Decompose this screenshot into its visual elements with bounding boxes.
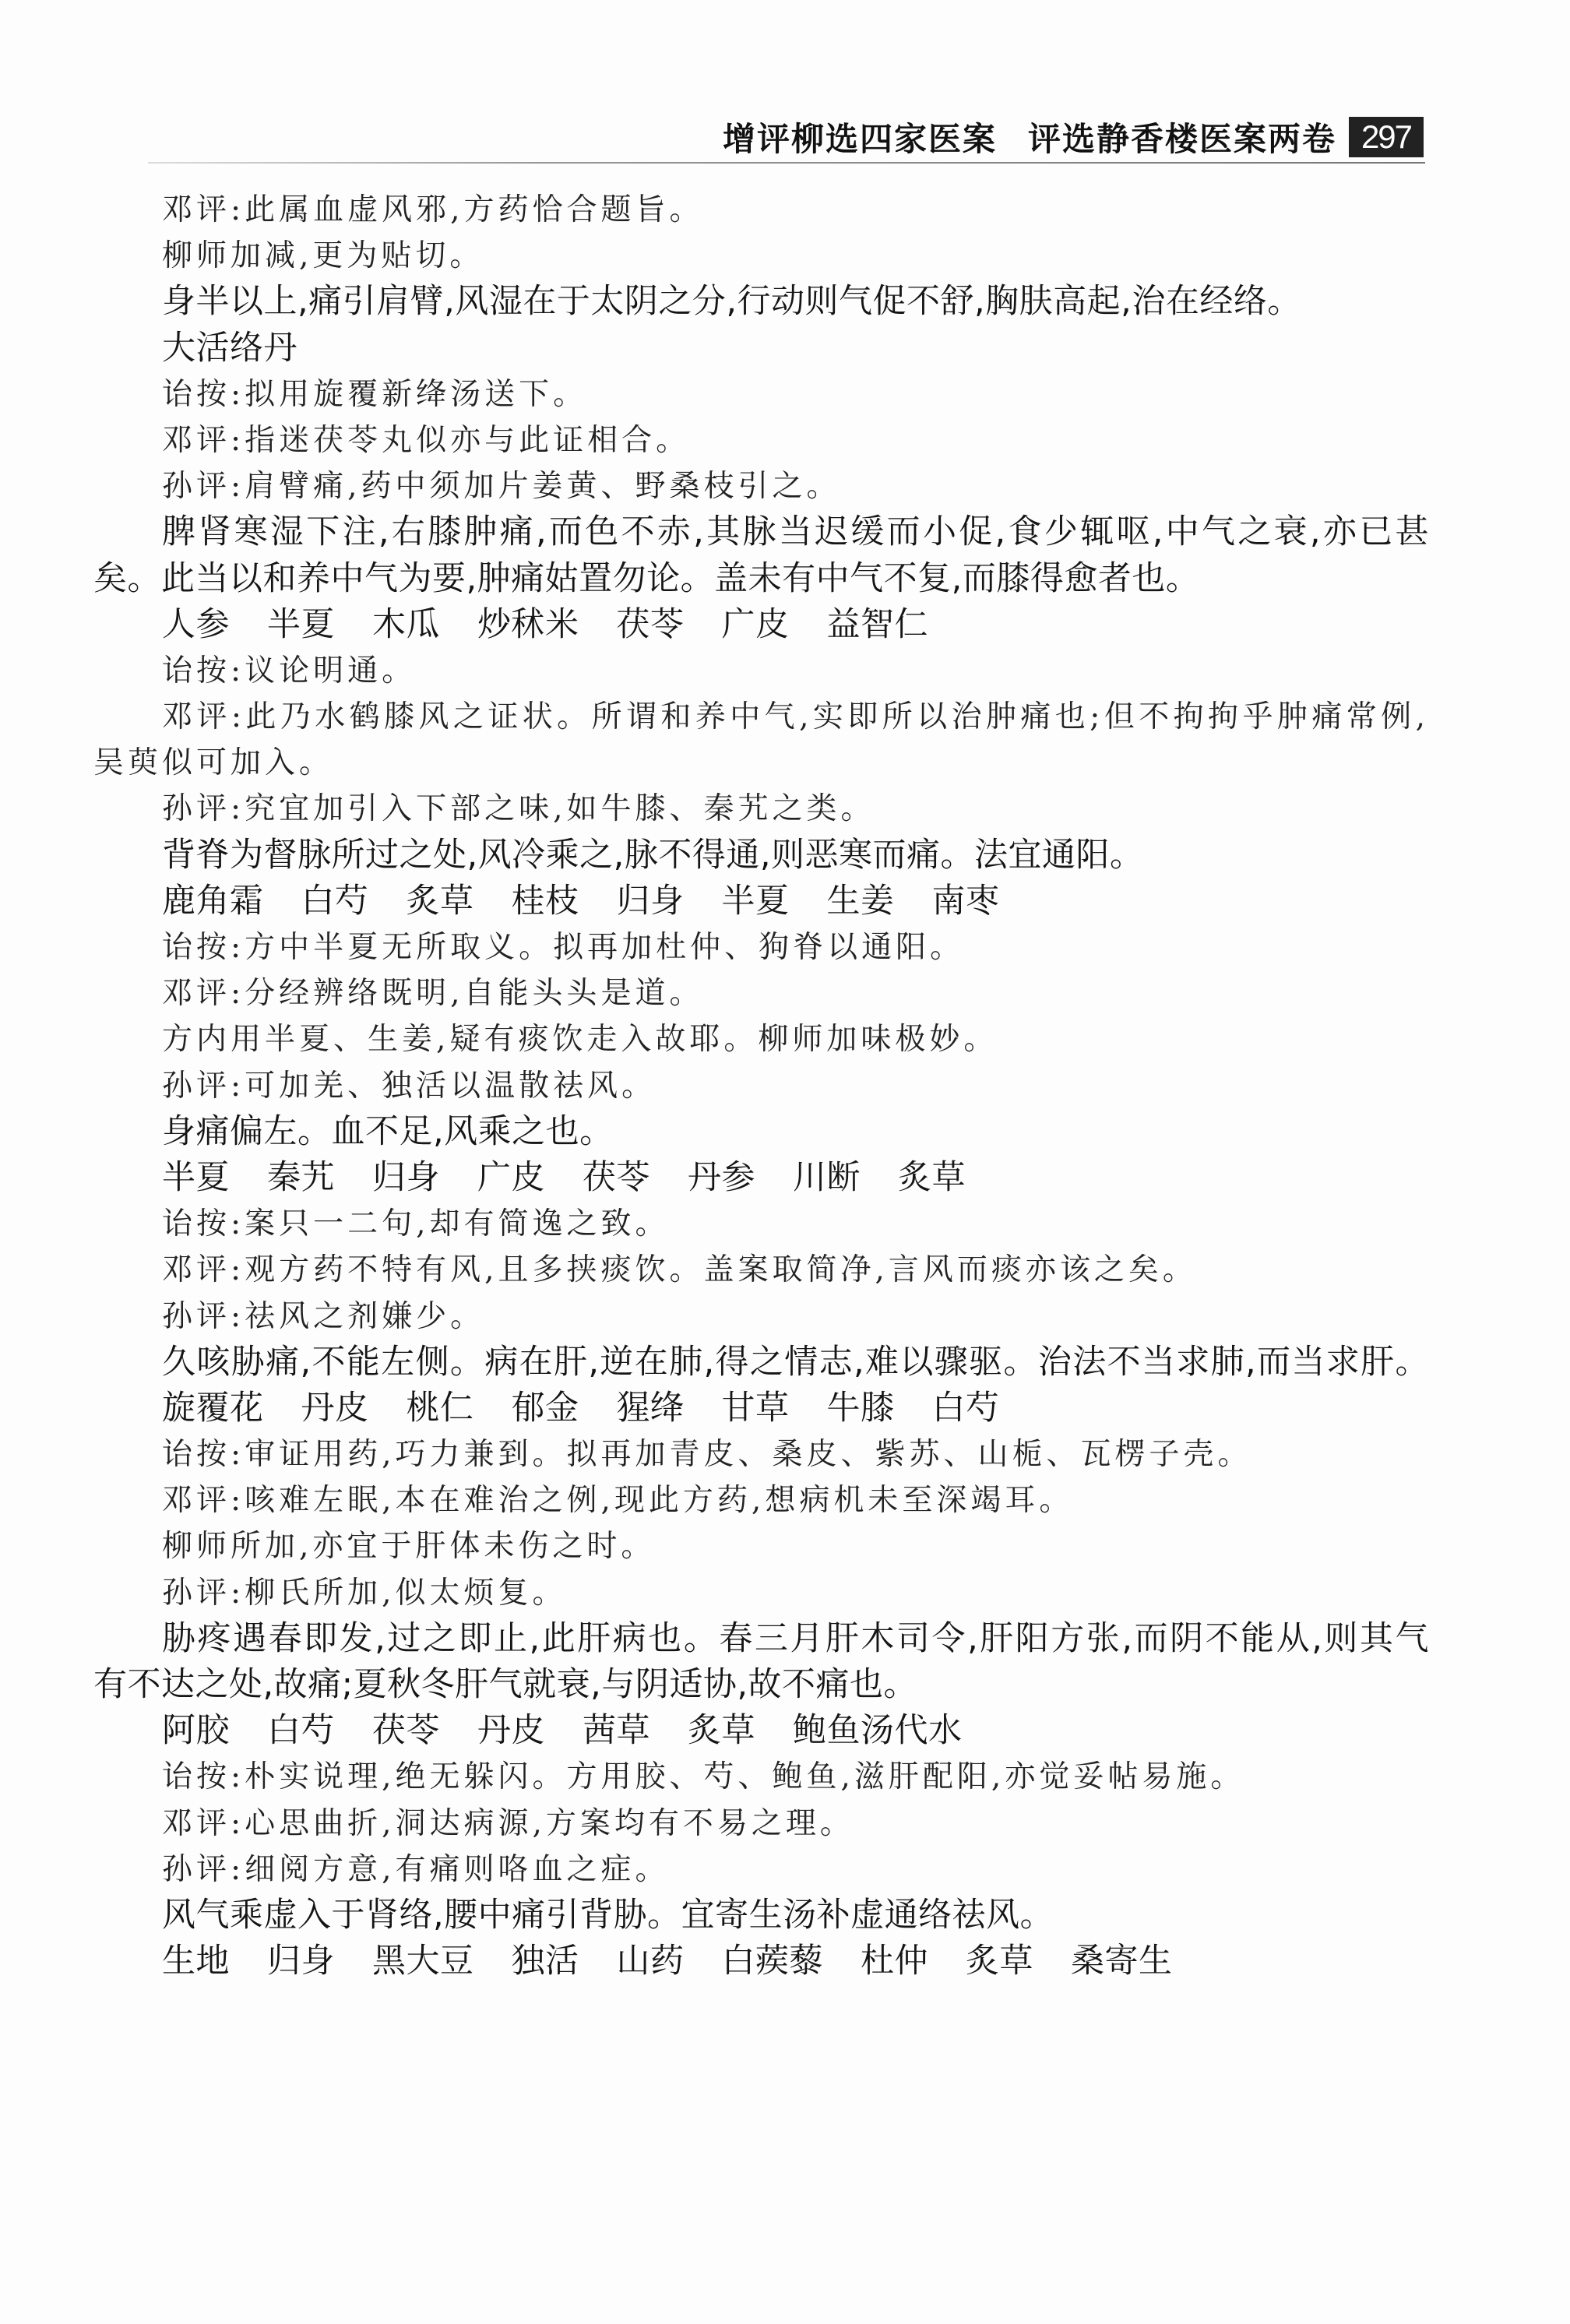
herb-item: 桑寄生: [1071, 1938, 1173, 1984]
case-text-line: 身半以上,痛引肩臂,风湿在于太阴之分,行动则气促不舒,胸肤高起,治在经络。: [93, 279, 1429, 325]
case-text-line: 背脊为督脉所过之处,风冷乘之,脉不得通,则恶寒而痛。法宜通阳。: [93, 833, 1429, 879]
herb-item: 丹皮: [301, 1386, 369, 1431]
herb-list: 半夏秦艽归身广皮茯苓丹参川断炙草: [93, 1155, 1429, 1201]
line-text: 诒按:方中半夏无所取义。拟再加杜仲、狗脊以通阳。: [162, 924, 1429, 970]
herb-item: 黑大豆: [372, 1938, 474, 1984]
case-text-line: 大活络丹: [93, 326, 1429, 371]
herb-item: 广皮: [477, 1155, 545, 1201]
commentary-line: 孙评:细阅方意,有痛则咯血之症。: [93, 1847, 1429, 1893]
herb-item: 猩绛: [617, 1386, 685, 1431]
line-text: 背脊为督脉所过之处,风冷乘之,脉不得通,则恶寒而痛。法宜通阳。: [162, 833, 1429, 879]
commentary-line: 柳师所加,亦宜于肝体未伤之时。: [93, 1523, 1429, 1569]
herb-item: 郁金: [512, 1386, 579, 1431]
herb-item: 茯苓: [617, 602, 685, 648]
commentary-line: 诒按:审证用药,巧力兼到。拟再加青皮、桑皮、紫苏、山栀、瓦楞子壳。: [93, 1431, 1429, 1477]
commentary-line: 诒按:案只一二句,却有简逸之致。: [93, 1201, 1429, 1247]
page-number: 297: [1349, 117, 1424, 157]
line-text: 方内用半夏、生姜,疑有痰饮走入故耶。柳师加味极妙。: [162, 1016, 1429, 1062]
herb-item: 炒秫米: [477, 602, 579, 648]
herb-item: 山药: [617, 1938, 685, 1984]
line-text: 矣。此当以和养中气为要,肿痛姑置勿论。盖未有中气不复,而膝得愈者也。: [93, 556, 1429, 602]
line-text: 邓评:指迷茯苓丸似亦与此证相合。: [162, 417, 1429, 463]
line-text: 邓评:心思曲折,洞达病源,方案均有不易之理。: [162, 1801, 1429, 1847]
herb-item: 广皮: [722, 602, 790, 648]
herb-item: 鲍鱼汤代水: [793, 1708, 963, 1754]
line-text: 柳师加减,更为贴切。: [162, 233, 1429, 279]
case-text-line: 有不达之处,故痛;夏秋冬肝气就衰,与阴适协,故不痛也。: [93, 1662, 1429, 1708]
commentary-line: 诒按:朴实说理,绝无躲闪。方用胶、芍、鲍鱼,滋肝配阳,亦觉妥帖易施。: [93, 1754, 1429, 1800]
herb-list: 鹿角霜白芍炙草桂枝归身半夏生姜南枣: [93, 879, 1429, 924]
line-text: 柳师所加,亦宜于肝体未伤之时。: [162, 1523, 1429, 1569]
header-title-right: 评选静香楼医案两卷: [1028, 120, 1336, 158]
line-text: 孙评:祛风之剂嫌少。: [162, 1294, 1429, 1340]
line-text: 诒按:案只一二句,却有简逸之致。: [162, 1201, 1429, 1247]
commentary-line: 孙评:祛风之剂嫌少。: [93, 1294, 1429, 1340]
case-text-line: 风气乘虚入于肾络,腰中痛引背胁。宜寄生汤补虚通络祛风。: [93, 1893, 1429, 1938]
herb-item: 旋覆花: [162, 1386, 264, 1431]
line-text: 诒按:拟用旋覆新绛汤送下。: [162, 371, 1429, 417]
herb-item: 炙草: [966, 1938, 1033, 1984]
header-title: 增评柳选四家医案评选静香楼医案两卷: [723, 114, 1336, 160]
herb-item: 半夏: [722, 879, 790, 924]
case-text-line: 身痛偏左。血不足,风乘之也。: [93, 1109, 1429, 1155]
line-text: 孙评:究宜加引入下部之味,如牛膝、秦艽之类。: [162, 786, 1429, 832]
herb-item: 桃仁: [407, 1386, 474, 1431]
herb-list: 旋覆花丹皮桃仁郁金猩绛甘草牛膝白芍: [93, 1386, 1429, 1431]
herb-item: 人参: [162, 602, 230, 648]
commentary-line: 方内用半夏、生姜,疑有痰饮走入故耶。柳师加味极妙。: [93, 1016, 1429, 1062]
herb-item: 丹参: [688, 1155, 755, 1201]
line-text: 孙评:细阅方意,有痛则咯血之症。: [162, 1847, 1429, 1893]
commentary-line: 诒按:拟用旋覆新绛汤送下。: [93, 371, 1429, 417]
herb-item: 甘草: [722, 1386, 790, 1431]
line-text: 脾肾寒湿下注,右膝肿痛,而色不赤,其脉当迟缓而小促,食少辄呕,中气之衰,亦已甚: [162, 509, 1429, 555]
herb-item: 归身: [617, 879, 685, 924]
herb-item: 秦艽: [267, 1155, 335, 1201]
line-text: 身半以上,痛引肩臂,风湿在于太阴之分,行动则气促不舒,胸肤高起,治在经络。: [162, 279, 1429, 325]
herb-item: 生姜: [827, 879, 895, 924]
header-rule: [148, 162, 1425, 164]
line-text: 风气乘虚入于肾络,腰中痛引背胁。宜寄生汤补虚通络祛风。: [162, 1893, 1429, 1938]
line-text: 诒按:审证用药,巧力兼到。拟再加青皮、桑皮、紫苏、山栀、瓦楞子壳。: [162, 1431, 1429, 1477]
herb-item: 归身: [372, 1155, 440, 1201]
line-text: 邓评:此属血虚风邪,方药恰合题旨。: [162, 187, 1429, 233]
herb-item: 丹皮: [477, 1708, 545, 1754]
line-text: 诒按:议论明通。: [162, 648, 1429, 694]
herb-item: 南枣: [932, 879, 1000, 924]
commentary-line: 孙评:可加羌、独活以温散祛风。: [93, 1063, 1429, 1109]
herb-item: 阿胶: [162, 1708, 230, 1754]
herb-item: 白芍: [301, 879, 369, 924]
herb-list: 生地归身黑大豆独活山药白蒺藜杜仲炙草桑寄生: [93, 1938, 1429, 1984]
herb-item: 桂枝: [512, 879, 579, 924]
line-text: 久咳胁痛,不能左侧。病在肝,逆在肺,得之情志,难以骤驱。治法不当求肺,而当求肝。: [162, 1340, 1429, 1386]
herb-item: 牛膝: [827, 1386, 895, 1431]
herb-list: 人参半夏木瓜炒秫米茯苓广皮益智仁: [93, 602, 1429, 648]
commentary-line: 邓评:此属血虚风邪,方药恰合题旨。: [93, 187, 1429, 233]
case-text-line: 矣。此当以和养中气为要,肿痛姑置勿论。盖未有中气不复,而膝得愈者也。: [93, 556, 1429, 602]
commentary-line: 邓评:分经辨络既明,自能头头是道。: [93, 970, 1429, 1016]
line-text: 孙评:肩臂痛,药中须加片姜黄、野桑枝引之。: [162, 463, 1429, 509]
herb-item: 茜草: [583, 1708, 650, 1754]
book-page: 增评柳选四家医案评选静香楼医案两卷 297 邓评:此属血虚风邪,方药恰合题旨。柳…: [0, 0, 1570, 2324]
line-text: 孙评:柳氏所加,似太烦复。: [162, 1570, 1429, 1616]
page-body: 邓评:此属血虚风邪,方药恰合题旨。柳师加减,更为贴切。身半以上,痛引肩臂,风湿在…: [93, 187, 1429, 1984]
case-text-line: 脾肾寒湿下注,右膝肿痛,而色不赤,其脉当迟缓而小促,食少辄呕,中气之衰,亦已甚: [93, 509, 1429, 555]
header-title-left: 增评柳选四家医案: [723, 120, 997, 158]
commentary-line: 孙评:柳氏所加,似太烦复。: [93, 1570, 1429, 1616]
herb-item: 白芍: [267, 1708, 335, 1754]
commentary-line: 邓评:观方药不特有风,且多挟痰饮。盖案取简净,言风而痰亦该之矣。: [93, 1247, 1429, 1293]
commentary-line: 邓评:指迷茯苓丸似亦与此证相合。: [93, 417, 1429, 463]
herb-item: 半夏: [162, 1155, 230, 1201]
commentary-line: 邓评:咳难左眠,本在难治之例,现此方药,想病机未至深竭耳。: [93, 1477, 1429, 1523]
herb-item: 炙草: [688, 1708, 755, 1754]
line-text: 邓评:观方药不特有风,且多挟痰饮。盖案取简净,言风而痰亦该之矣。: [162, 1247, 1429, 1293]
herb-item: 归身: [267, 1938, 335, 1984]
commentary-line: 吴萸似可加入。: [93, 740, 1429, 786]
commentary-line: 诒按:方中半夏无所取义。拟再加杜仲、狗脊以通阳。: [93, 924, 1429, 970]
herb-item: 白芍: [932, 1386, 1000, 1431]
commentary-line: 柳师加减,更为贴切。: [93, 233, 1429, 279]
herb-item: 益智仁: [827, 602, 929, 648]
line-text: 身痛偏左。血不足,风乘之也。: [162, 1109, 1429, 1155]
commentary-line: 邓评:心思曲折,洞达病源,方案均有不易之理。: [93, 1801, 1429, 1847]
line-text: 胁疼遇春即发,过之即止,此肝病也。春三月肝木司令,肝阳方张,而阴不能从,则其气: [162, 1616, 1429, 1662]
commentary-line: 孙评:究宜加引入下部之味,如牛膝、秦艽之类。: [93, 786, 1429, 832]
line-text: 邓评:此乃水鹤膝风之证状。所谓和养中气,实即所以治肿痛也;但不拘拘乎肿痛常例,: [162, 694, 1429, 740]
herb-item: 川断: [793, 1155, 861, 1201]
herb-item: 茯苓: [372, 1708, 440, 1754]
herb-list: 阿胶白芍茯苓丹皮茜草炙草鲍鱼汤代水: [93, 1708, 1429, 1754]
line-text: 邓评:咳难左眠,本在难治之例,现此方药,想病机未至深竭耳。: [162, 1477, 1429, 1523]
line-text: 吴萸似可加入。: [93, 740, 1429, 786]
herb-item: 白蒺藜: [722, 1938, 824, 1984]
case-text-line: 胁疼遇春即发,过之即止,此肝病也。春三月肝木司令,肝阳方张,而阴不能从,则其气: [93, 1616, 1429, 1662]
herb-item: 半夏: [267, 602, 335, 648]
commentary-line: 孙评:肩臂痛,药中须加片姜黄、野桑枝引之。: [93, 463, 1429, 509]
commentary-line: 邓评:此乃水鹤膝风之证状。所谓和养中气,实即所以治肿痛也;但不拘拘乎肿痛常例,: [93, 694, 1429, 740]
herb-item: 独活: [512, 1938, 579, 1984]
case-text-line: 久咳胁痛,不能左侧。病在肝,逆在肺,得之情志,难以骤驱。治法不当求肺,而当求肝。: [93, 1340, 1429, 1386]
herb-item: 杜仲: [861, 1938, 928, 1984]
herb-item: 炙草: [898, 1155, 966, 1201]
herb-item: 木瓜: [372, 602, 440, 648]
line-text: 诒按:朴实说理,绝无躲闪。方用胶、芍、鲍鱼,滋肝配阳,亦觉妥帖易施。: [162, 1754, 1429, 1800]
line-text: 大活络丹: [162, 326, 1429, 371]
running-header: 增评柳选四家医案评选静香楼医案两卷 297: [0, 0, 1570, 179]
line-text: 有不达之处,故痛;夏秋冬肝气就衰,与阴适协,故不痛也。: [93, 1662, 1429, 1708]
herb-item: 炙草: [407, 879, 474, 924]
herb-item: 生地: [162, 1938, 230, 1984]
herb-item: 鹿角霜: [162, 879, 264, 924]
commentary-line: 诒按:议论明通。: [93, 648, 1429, 694]
herb-item: 茯苓: [583, 1155, 650, 1201]
line-text: 孙评:可加羌、独活以温散祛风。: [162, 1063, 1429, 1109]
line-text: 邓评:分经辨络既明,自能头头是道。: [162, 970, 1429, 1016]
